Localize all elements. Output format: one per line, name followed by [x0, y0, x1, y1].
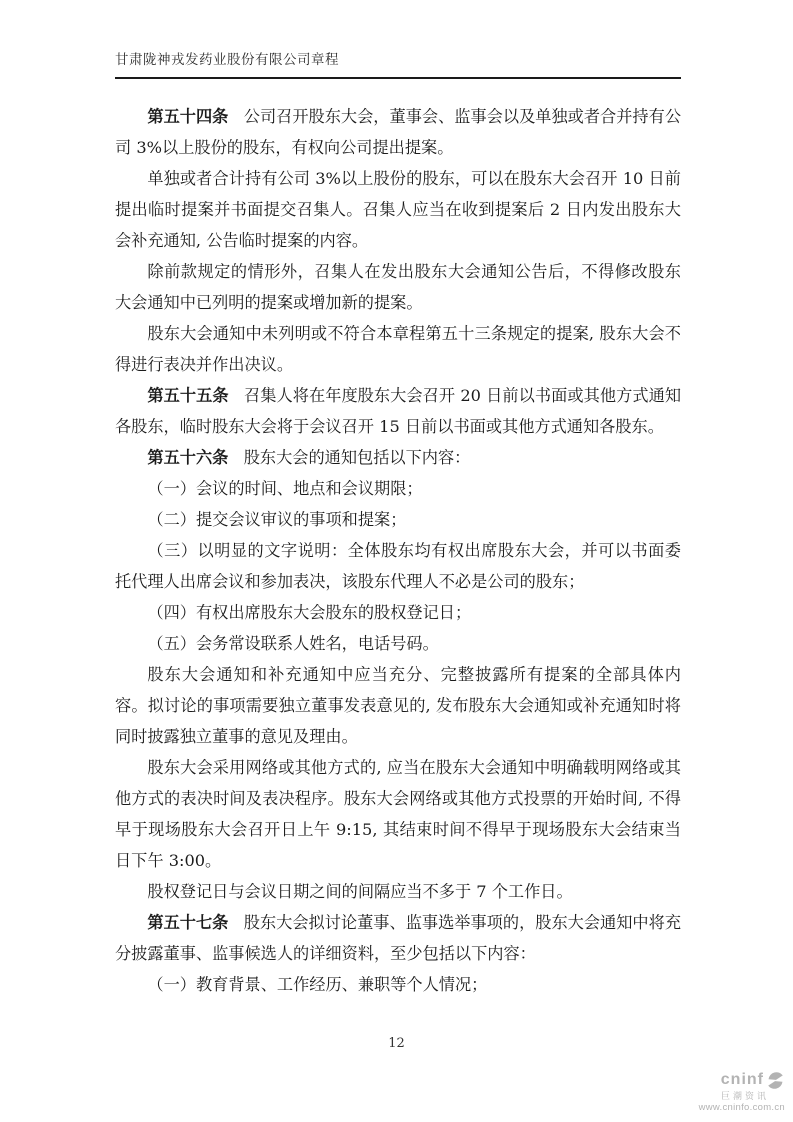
paragraph: 股东大会采用网络或其他方式的, 应当在股东大会通知中明确载明网络或其他方式的表决… — [115, 752, 681, 876]
document-page: 甘肃陇神戎发药业股份有限公司章程 第五十四条公司召开股东大会，董事会、监事会以及… — [0, 0, 793, 1122]
paragraph: 第五十五条召集人将在年度股东大会召开 20 日前以书面或其他方式通知各股东，临时… — [115, 380, 681, 442]
paragraph: （四）有权出席股东大会股东的股权登记日； — [115, 597, 681, 628]
document-header-title: 甘肃陇神戎发药业股份有限公司章程 — [115, 48, 681, 79]
cninfo-brand-text: cninf — [721, 1071, 764, 1089]
cninfo-swirl-icon — [766, 1071, 785, 1090]
paragraph: 第五十四条公司召开股东大会，董事会、监事会以及单独或者合并持有公司 3%以上股份… — [115, 101, 681, 163]
article-number: 第五十五条 — [147, 386, 228, 405]
paragraph-text: （三）以明显的文字说明：全体股东均有权出席股东大会，并可以书面委托代理人出席会议… — [115, 541, 681, 591]
paragraph-text: 除前款规定的情形外，召集人在发出股东大会通知公告后，不得修改股东大会通知中已列明… — [115, 262, 681, 312]
paragraph: 股权登记日与会议日期之间的间隔应当不多于 7 个工作日。 — [115, 876, 681, 907]
paragraph: 股东大会通知中未列明或不符合本章程第五十三条规定的提案, 股东大会不得进行表决并… — [115, 318, 681, 380]
paragraph: 股东大会通知和补充通知中应当充分、完整披露所有提案的全部具体内容。拟讨论的事项需… — [115, 659, 681, 752]
cninfo-url: www.cninfo.com.cn — [699, 1103, 785, 1114]
paragraph: （五）会务常设联系人姓名，电话号码。 — [115, 628, 681, 659]
paragraph-text: （四）有权出席股东大会股东的股权登记日； — [147, 603, 471, 622]
document-body: 第五十四条公司召开股东大会，董事会、监事会以及单独或者合并持有公司 3%以上股份… — [115, 101, 681, 1000]
paragraph-text: 单独或者合计持有公司 3%以上股份的股东，可以在股东大会召开 10 日前提出临时… — [115, 169, 681, 250]
paragraph: 第五十七条股东大会拟讨论董事、监事选举事项的，股东大会通知中将充分披露董事、监事… — [115, 907, 681, 969]
paragraph: （三）以明显的文字说明：全体股东均有权出席股东大会，并可以书面委托代理人出席会议… — [115, 535, 681, 597]
paragraph-text: 股东大会通知和补充通知中应当充分、完整披露所有提案的全部具体内容。拟讨论的事项需… — [115, 665, 681, 746]
paragraph-text: （一）教育背景、工作经历、兼职等个人情况； — [147, 975, 487, 994]
paragraph: 第五十六条股东大会的通知包括以下内容： — [115, 442, 681, 473]
article-number: 第五十六条 — [147, 448, 228, 467]
cninfo-logo: cninf 巨潮资讯 www.cninfo.com.cn — [699, 1071, 785, 1114]
paragraph: 除前款规定的情形外，召集人在发出股东大会通知公告后，不得修改股东大会通知中已列明… — [115, 256, 681, 318]
paragraph: （一）会议的时间、地点和会议期限； — [115, 473, 681, 504]
article-number: 第五十七条 — [147, 913, 228, 932]
paragraph: （一）教育背景、工作经历、兼职等个人情况； — [115, 969, 681, 1000]
paragraph: （二）提交会议审议的事项和提案； — [115, 504, 681, 535]
paragraph: 单独或者合计持有公司 3%以上股份的股东，可以在股东大会召开 10 日前提出临时… — [115, 163, 681, 256]
paragraph-text: （一）会议的时间、地点和会议期限； — [147, 479, 422, 498]
page-number: 12 — [0, 1036, 793, 1051]
cninfo-brand-row: cninf — [721, 1071, 785, 1090]
paragraph-text: 股东大会采用网络或其他方式的, 应当在股东大会通知中明确载明网络或其他方式的表决… — [115, 758, 681, 870]
paragraph-text: （五）会务常设联系人姓名，电话号码。 — [147, 634, 438, 653]
cninfo-subtitle: 巨潮资讯 — [721, 1091, 769, 1101]
paragraph-text: 股权登记日与会议日期之间的间隔应当不多于 7 个工作日。 — [147, 882, 572, 901]
paragraph-text: （二）提交会议审议的事项和提案； — [147, 510, 406, 529]
paragraph-text: 股东大会的通知包括以下内容： — [244, 448, 471, 467]
article-number: 第五十四条 — [147, 107, 228, 126]
paragraph-text: 股东大会通知中未列明或不符合本章程第五十三条规定的提案, 股东大会不得进行表决并… — [115, 324, 681, 374]
